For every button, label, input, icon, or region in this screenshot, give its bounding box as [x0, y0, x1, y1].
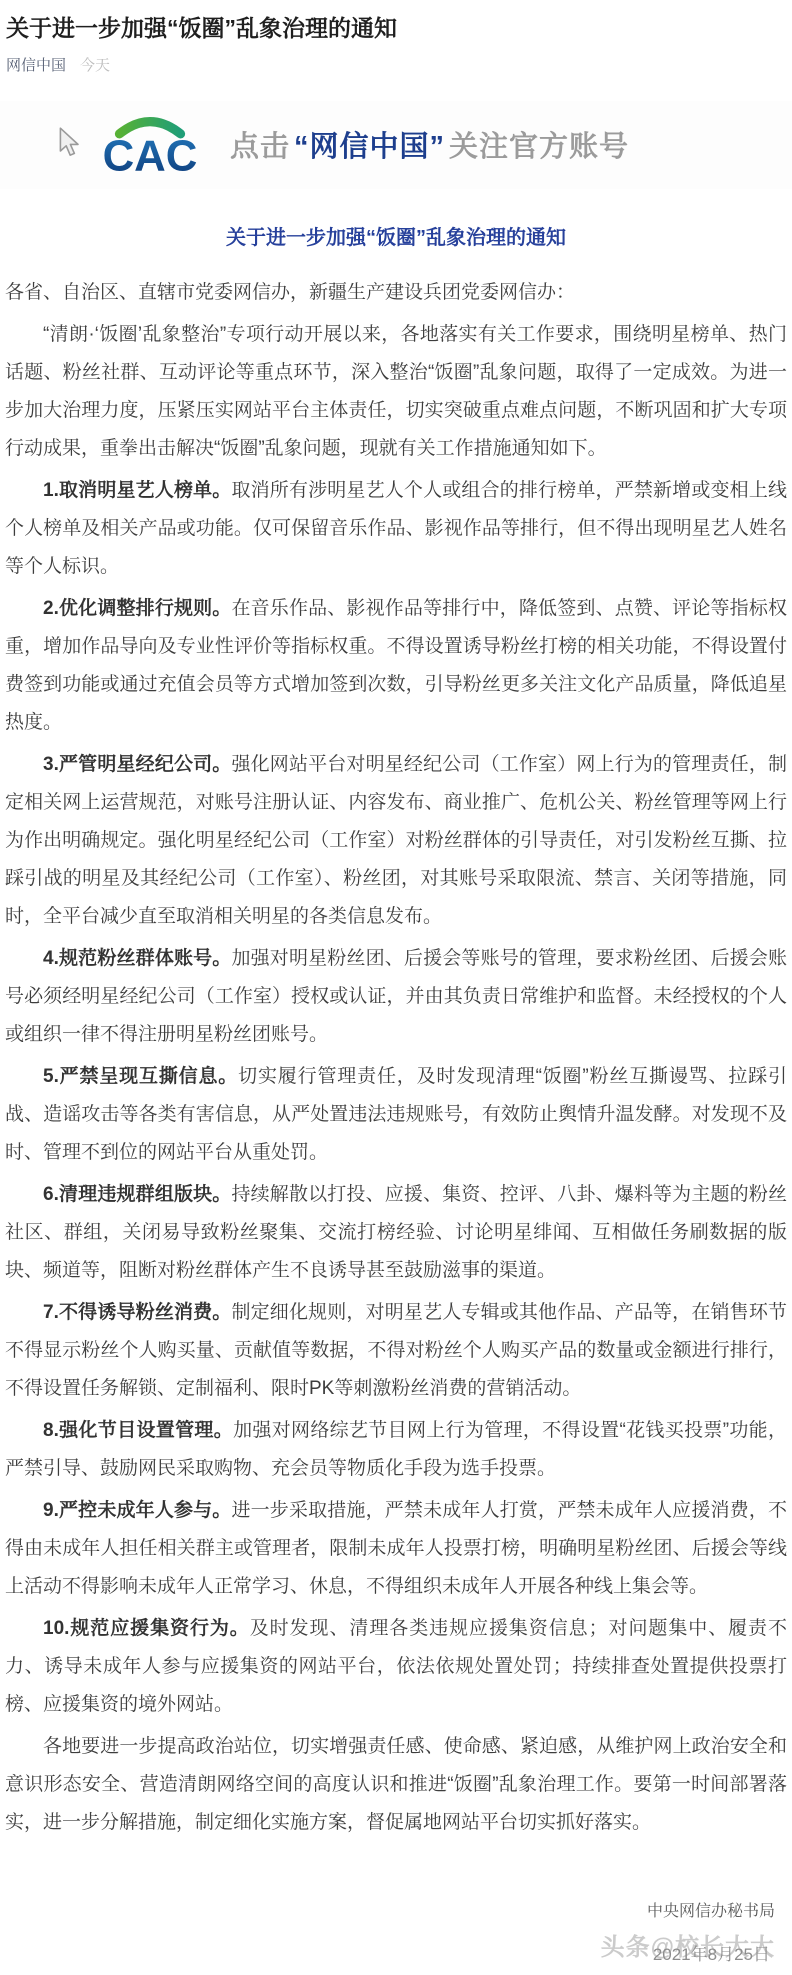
item-paragraph-5: 5.严禁呈现互撕信息。切实履行管理责任，及时发现清理“饭圈”粉丝互撕谩骂、拉踩引… [5, 1058, 787, 1172]
signature: 中央网信办秘书局 [0, 1898, 792, 1921]
byline: 网信中国今天 [6, 54, 786, 75]
item-label-1: 1.取消明星艺人榜单。 [43, 480, 231, 501]
item-label-2: 2.优化调整排行规则。 [43, 598, 231, 619]
item-paragraph-6: 6.清理违规群组版块。持续解散以打投、应援、集资、控评、八卦、爆料等为主题的粉丝… [5, 1176, 787, 1290]
follow-banner[interactable]: CAC 点击“网信中国”关注官方账号 [0, 101, 792, 189]
item-paragraph-8: 8.强化节目设置管理。加强对网络综艺节目网上行为管理，不得设置“花钱买投票”功能… [5, 1412, 787, 1488]
account-name[interactable]: 网信中国 [6, 57, 66, 74]
item-label-9: 9.严控未成年人参与。 [43, 1500, 231, 1521]
item-text-3: 强化网站平台对明星经纪公司（工作室）网上行为的管理责任，制定相关网上运营规范，对… [5, 754, 787, 927]
salutation: 各省、自治区、直辖市党委网信办，新疆生产建设兵团党委网信办： [5, 274, 787, 312]
closing-paragraph: 各地要进一步提高政治站位，切实增强责任感、使命感、紧迫感，从维护网上政治安全和意… [5, 1728, 787, 1842]
item-paragraph-10: 10.规范应援集资行为。及时发现、清理各类违规应援集资信息；对问题集中、履责不力… [5, 1610, 787, 1724]
banner-text-highlight: “网信中国” [294, 131, 445, 163]
item-paragraph-3: 3.严管明星经纪公司。强化网站平台对明星经纪公司（工作室）网上行为的管理责任，制… [5, 746, 787, 936]
item-label-5: 5.严禁呈现互撕信息。 [43, 1066, 238, 1087]
document-date: 2021年8月25日 [653, 1940, 770, 1965]
intro-paragraph: “清朗·‘饭圈’乱象整治”专项行动开展以来，各地落实有关工作要求，围绕明星榜单、… [5, 316, 787, 468]
item-label-7: 7.不得诱导粉丝消费。 [43, 1302, 231, 1323]
item-paragraph-7: 7.不得诱导粉丝消费。制定细化规则，对明星艺人专辑或其他作品、产品等，在销售环节… [5, 1294, 787, 1408]
item-label-8: 8.强化节目设置管理。 [43, 1420, 233, 1441]
banner-text-prefix: 点击 [230, 131, 290, 163]
document-body: 各省、自治区、直辖市党委网信办，新疆生产建设兵团党委网信办： “清朗·‘饭圈’乱… [0, 274, 792, 1842]
footer-row: 头条@校长大大 2021年8月25日 [0, 1921, 792, 1975]
svg-text:CAC: CAC [103, 132, 198, 180]
item-paragraph-4: 4.规范粉丝群体账号。加强对明星粉丝团、后援会等账号的管理，要求粉丝团、后援会账… [5, 940, 787, 1054]
mouse-cursor-icon [58, 127, 84, 162]
item-paragraph-9: 9.严控未成年人参与。进一步采取措施，严禁未成年人打赏，严禁未成年人应援消费，不… [5, 1492, 787, 1606]
item-label-3: 3.严管明星经纪公司。 [43, 754, 231, 775]
banner-text: 点击“网信中国”关注官方账号 [230, 124, 629, 165]
item-paragraph-1: 1.取消明星艺人榜单。取消所有涉明星艺人个人或组合的排行榜单，严禁新增或变相上线… [5, 472, 787, 586]
item-label-6: 6.清理违规群组版块。 [43, 1184, 231, 1205]
cac-logo-icon: CAC [94, 104, 206, 185]
publish-time: 今天 [80, 57, 110, 74]
banner-text-suffix: 关注官方账号 [449, 131, 629, 163]
item-paragraph-2: 2.优化调整排行规则。在音乐作品、影视作品等排行中，降低签到、点赞、评论等指标权… [5, 590, 787, 742]
article-page: 关于进一步加强“饭圈”乱象治理的通知 网信中国今天 CAC [0, 14, 792, 1975]
document-heading: 关于进一步加强“饭圈”乱象治理的通知 [0, 221, 792, 250]
item-label-10: 10.规范应援集资行为。 [43, 1618, 250, 1639]
page-title: 关于进一步加强“饭圈”乱象治理的通知 [6, 14, 786, 44]
item-label-4: 4.规范粉丝群体账号。 [43, 948, 231, 969]
